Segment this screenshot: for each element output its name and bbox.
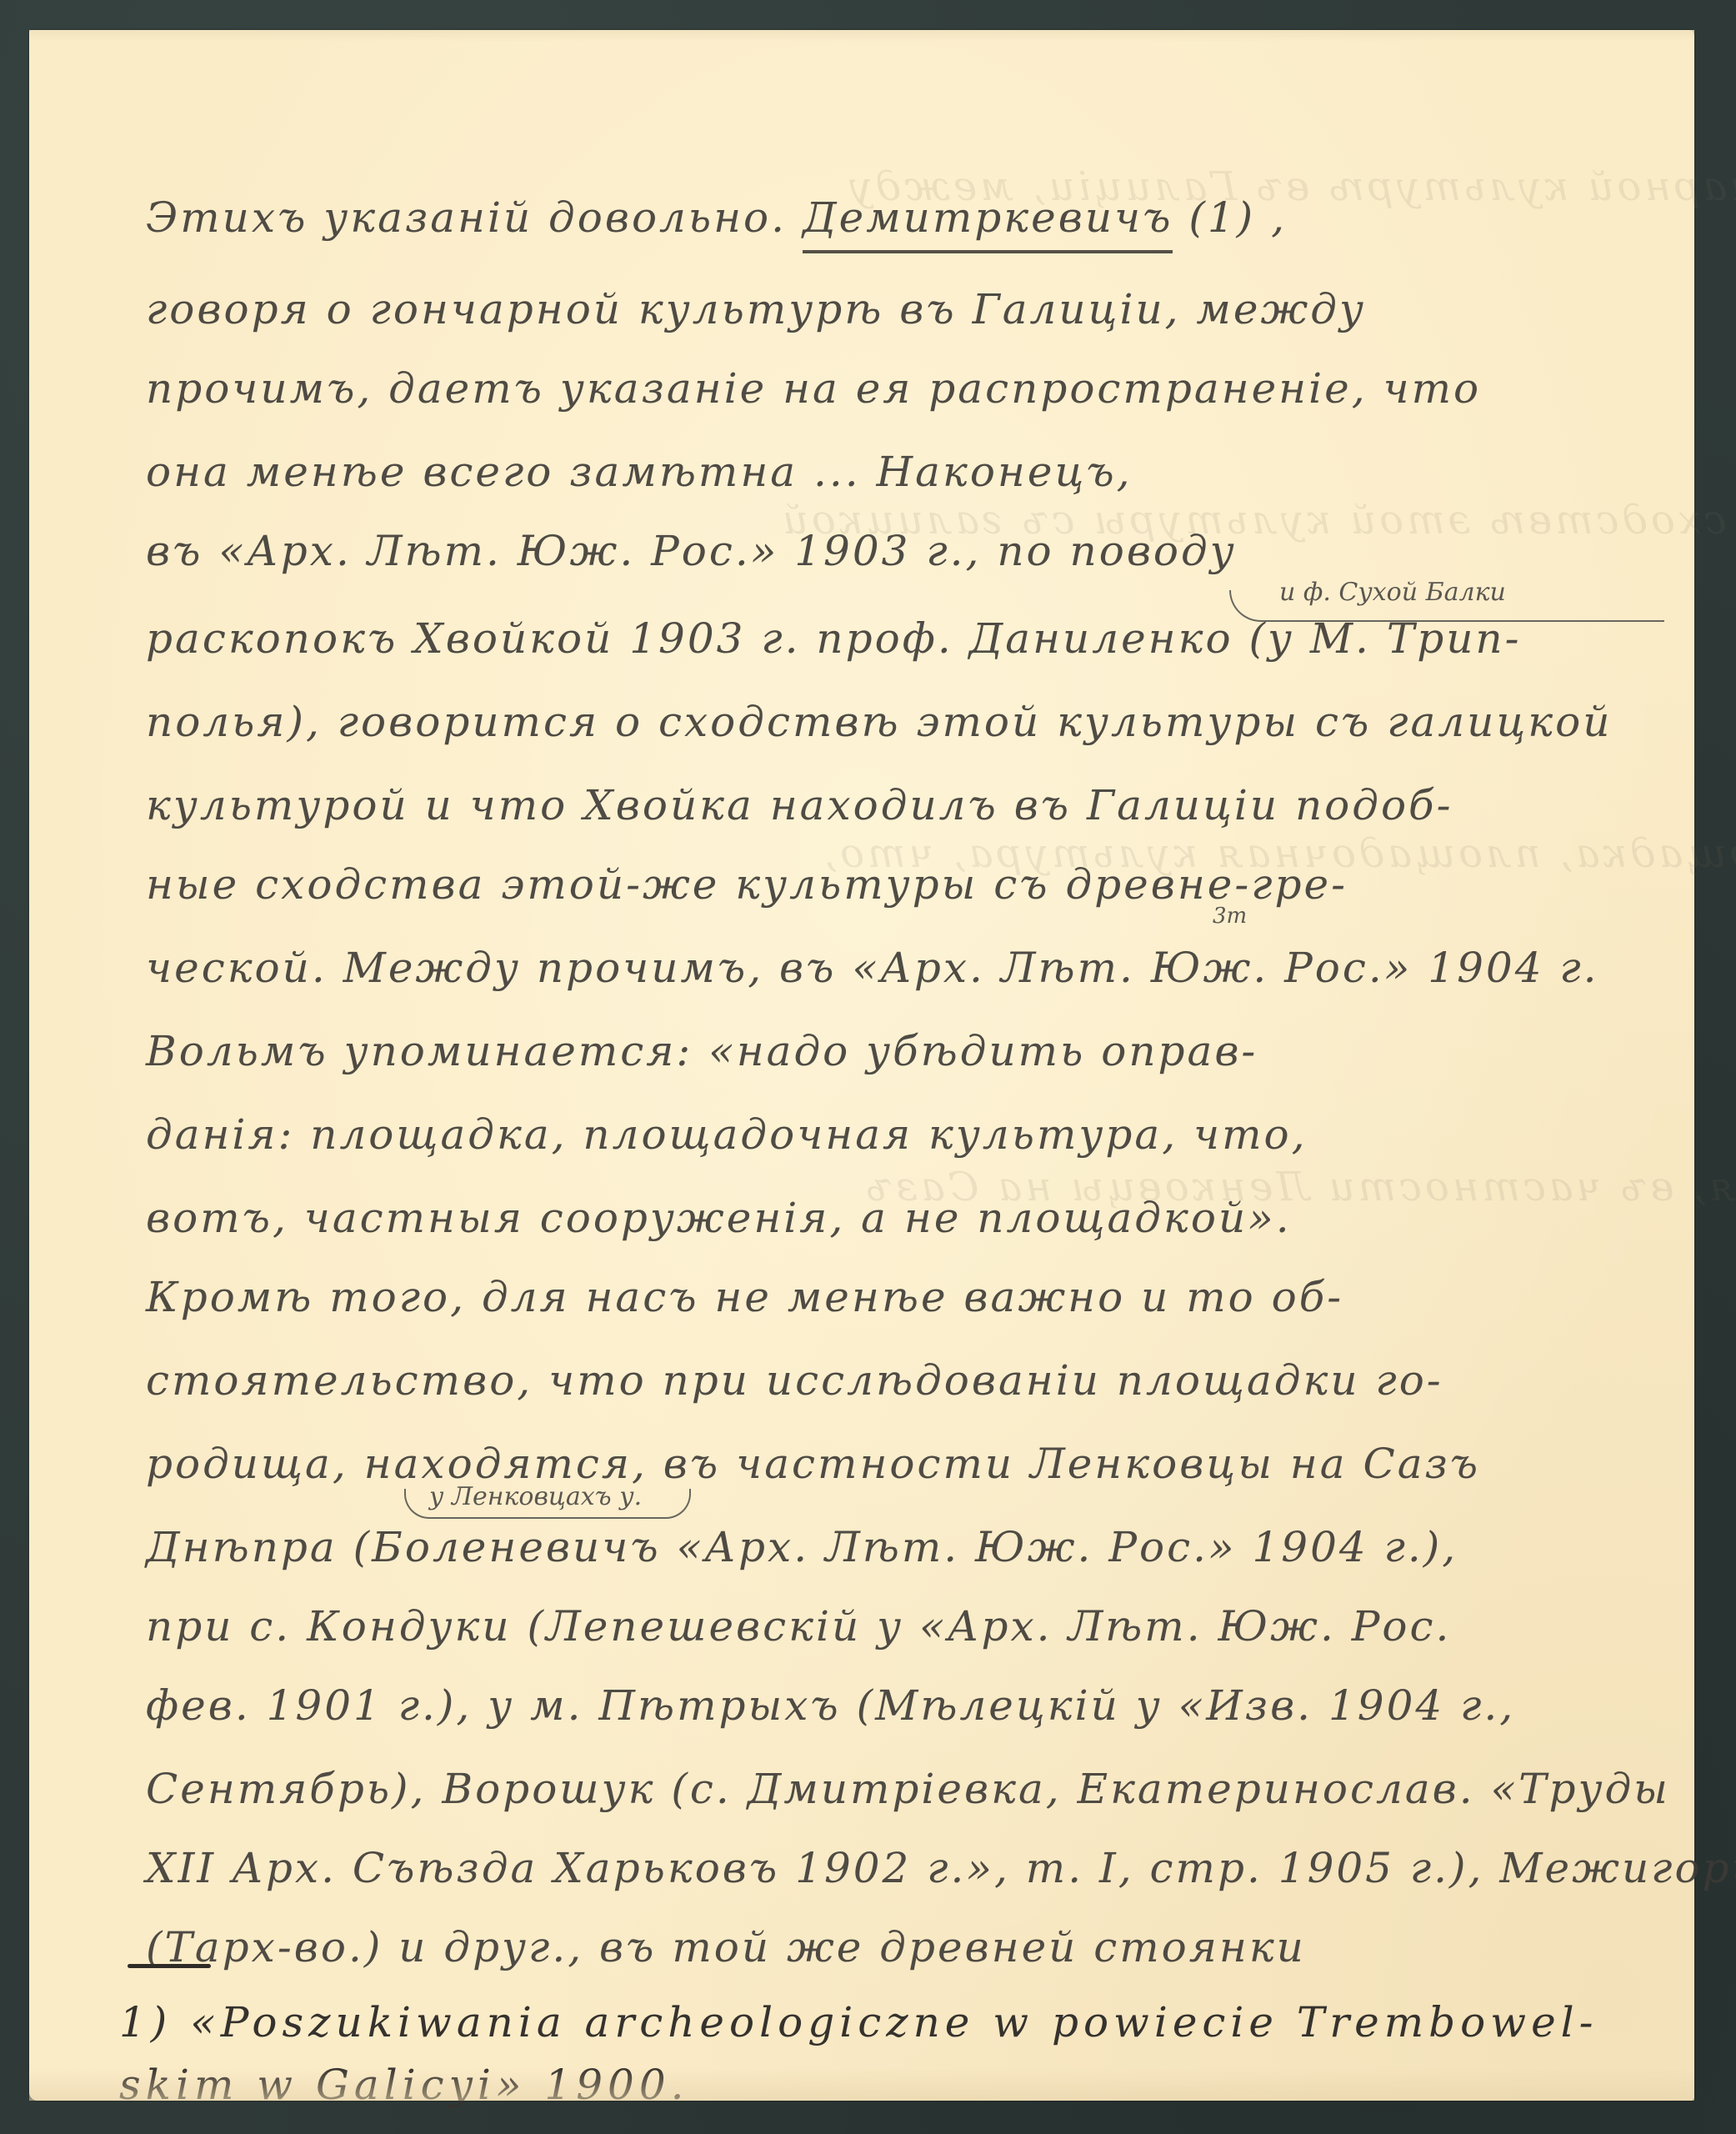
manuscript-line-17: Днѣпра (Боленевичъ «Арх. Лѣт. Юж. Рос.» … — [146, 1526, 1458, 1568]
line-text: раскопокъ Хвойкой 1903 г. проф. Даниленк… — [146, 614, 1522, 663]
line-text: прочимъ, даетъ указаніе на ея распростра… — [146, 364, 1481, 413]
superscript-note: 3т — [1213, 905, 1247, 927]
manuscript-line-14: Кромѣ того, для насъ не менѣе важно и то… — [146, 1276, 1343, 1318]
manuscript-line-12: данія: площадка, площадочная культура, ч… — [146, 1114, 1308, 1155]
manuscript-page: говоря о гончарной культурѣ въ Галиціи, … — [29, 30, 1694, 2101]
manuscript-line-5: въ «Арх. Лѣт. Юж. Рос.» 1903 г., по пово… — [146, 530, 1237, 572]
line-text: XII Арх. Съѣзда Харьковъ 1902 г.», т. I,… — [146, 1844, 1736, 1892]
manuscript-line-3: прочимъ, даетъ указаніе на ея распростра… — [146, 368, 1481, 409]
manuscript-line-18: при с. Кондуки (Лепешевскій у «Арх. Лѣт.… — [146, 1606, 1451, 1647]
line-text: Этихъ указаній довольно. Демитркевичъ (1… — [146, 193, 1287, 253]
line-text: родища, находятся, въ частности Ленковцы… — [146, 1440, 1480, 1488]
line-text: Вольмъ упоминается: «надо убѣдить оправ- — [146, 1027, 1258, 1075]
manuscript-line-7: полья), говорится о сходствѣ этой культу… — [146, 701, 1612, 743]
manuscript-line-15: стоятельство, что при исслѣдованіи площа… — [146, 1360, 1443, 1401]
footnote-line-2: skim w Galicyi» 1900. — [119, 2064, 689, 2106]
line-text: Днѣпра (Боленевичъ «Арх. Лѣт. Юж. Рос.» … — [146, 1523, 1458, 1571]
footnote-line-1: 1) «Poszukiwania archeologiczne w powiec… — [119, 2001, 1598, 2043]
manuscript-line-11: Вольмъ упоминается: «надо убѣдить оправ- — [146, 1030, 1258, 1072]
manuscript-line-21: XII Арх. Съѣзда Харьковъ 1902 г.», т. I,… — [146, 1847, 1736, 1889]
line-text: данія: площадка, площадочная культура, ч… — [146, 1110, 1308, 1159]
line-text: фев. 1901 г.), у м. Пѣтрыхъ (Мѣлецкій у … — [146, 1681, 1515, 1730]
footnote-separator — [128, 1964, 211, 1968]
manuscript-line-2: говоря о гончарной культурѣ въ Галиціи, … — [146, 288, 1366, 330]
footnote-text: skim w Galicyi» 1900. — [119, 2061, 689, 2109]
line-text: она менѣе всего замѣтна ... Наконецъ, — [146, 448, 1133, 496]
line-text: ческой. Между прочимъ, въ «Арх. Лѣт. Юж.… — [146, 944, 1599, 992]
manuscript-line-19: фев. 1901 г.), у м. Пѣтрыхъ (Мѣлецкій у … — [146, 1685, 1515, 1726]
line-text: Сентябрь), Ворошук (с. Дмитріевка, Екате… — [146, 1765, 1670, 1813]
manuscript-line-4: она менѣе всего замѣтна ... Наконецъ, — [146, 451, 1133, 493]
underlined-name: Демитркевичъ — [803, 193, 1173, 253]
footnote-text: 1) «Poszukiwania archeologiczne w powiec… — [119, 1998, 1598, 2046]
manuscript-line-20: Сентябрь), Ворошук (с. Дмитріевка, Екате… — [146, 1768, 1670, 1810]
manuscript-line-8: культурой и что Хвойка находилъ въ Галиц… — [146, 784, 1453, 826]
line-text: полья), говорится о сходствѣ этой культу… — [146, 698, 1612, 746]
line-text: Кромѣ того, для насъ не менѣе важно и то… — [146, 1273, 1343, 1321]
line-text: въ «Арх. Лѣт. Юж. Рос.» 1903 г., по пово… — [146, 527, 1237, 575]
insertion-caret-mark — [404, 1489, 691, 1519]
line-text: говоря о гончарной культурѣ въ Галиціи, … — [146, 285, 1366, 333]
line-text: вотъ, частныя сооруженія, а не площадкой… — [146, 1194, 1292, 1242]
line-text: культурой и что Хвойка находилъ въ Галиц… — [146, 781, 1453, 829]
line-text: при с. Кондуки (Лепешевскій у «Арх. Лѣт.… — [146, 1602, 1451, 1651]
line-text: ные сходства этой-же культуры съ древне-… — [146, 860, 1348, 909]
line-text: стоятельство, что при исслѣдованіи площа… — [146, 1356, 1443, 1405]
manuscript-line-9: ные сходства этой-же культуры съ древне-… — [146, 864, 1348, 905]
manuscript-line-16: родища, находятся, въ частности Ленковцы… — [146, 1443, 1480, 1485]
manuscript-line-22: (Тарх-во.) и друг., въ той же древней ст… — [146, 1926, 1306, 1968]
manuscript-line-1: Этихъ указаній довольно. Демитркевичъ (1… — [146, 197, 1287, 238]
manuscript-line-13: вотъ, частныя сооруженія, а не площадкой… — [146, 1197, 1292, 1239]
manuscript-line-10: ческой. Между прочимъ, въ «Арх. Лѣт. Юж.… — [146, 947, 1599, 989]
manuscript-line-6: раскопокъ Хвойкой 1903 г. проф. Даниленк… — [146, 618, 1522, 659]
line-text: (Тарх-во.) и друг., въ той же древней ст… — [146, 1923, 1306, 1971]
